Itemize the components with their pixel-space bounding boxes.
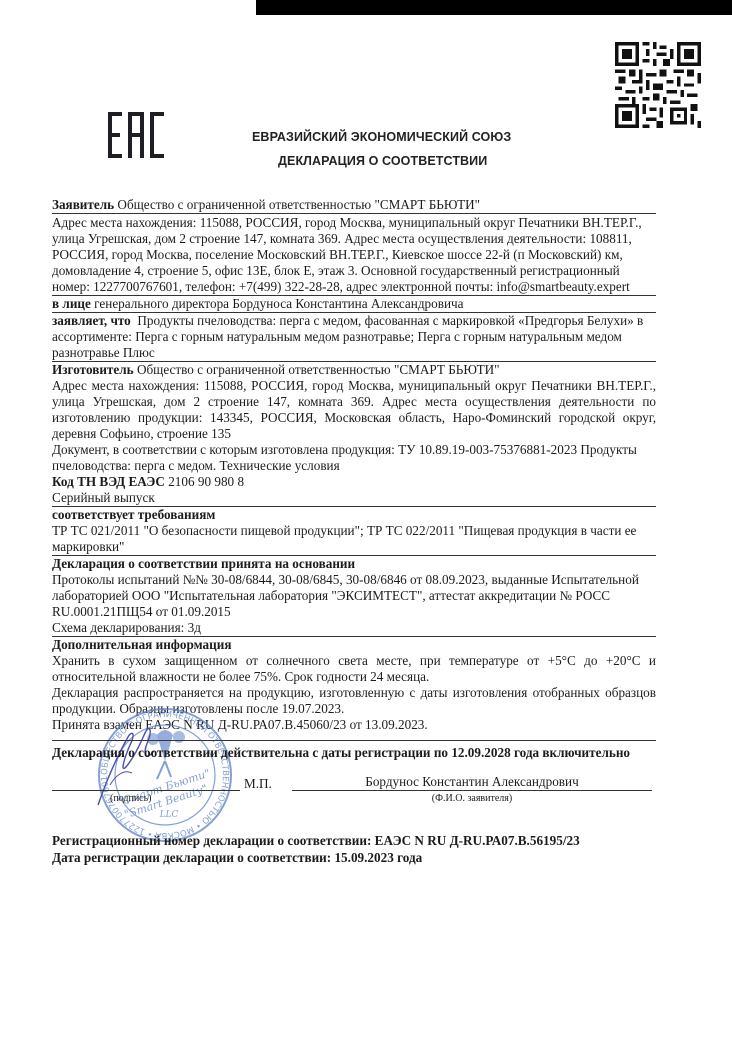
declaration-scope: Декларация распространяется на продукцию… — [52, 685, 656, 717]
registration-date: Дата регистрации декларации о соответств… — [52, 849, 580, 866]
declaration-body: Заявитель Общество с ограниченной ответс… — [52, 197, 656, 733]
applicant-label: Заявитель — [52, 197, 114, 212]
signature-block: Декларация о соответствии действительна … — [52, 740, 656, 761]
stamp-place-mark: М.П. — [244, 776, 272, 792]
manufacturer-address: Адрес места нахождения: 115088, РОССИЯ, … — [52, 378, 656, 442]
requirements-label-text: соответствует требованиям — [52, 507, 215, 522]
signature-caption: (подпись) — [110, 793, 152, 804]
product-description: Продукты пчеловодства: перга с медом, фа… — [52, 313, 643, 360]
document-title: ДЕКЛАРАЦИЯ О СООТВЕТСТВИИ — [278, 154, 487, 168]
svg-text:LLC: LLC — [159, 810, 179, 820]
basis-label: Декларация о соответствии принята на осн… — [52, 556, 656, 572]
registration-number: Регистрационный номер декларации о соотв… — [52, 832, 580, 849]
eac-logo-icon — [108, 112, 164, 158]
additional-info-label: Дополнительная информация — [52, 637, 656, 653]
requirements-value: ТР ТС 021/2011 "О безопасности пищевой п… — [52, 523, 656, 556]
represented-by-value: генерального директора Бордуноса Констан… — [94, 296, 463, 311]
storage-conditions: Хранить в сухом защищенном от солнечного… — [52, 653, 656, 685]
manufacturer-name: Общество с ограниченной ответственностью… — [137, 362, 500, 377]
top-black-bar — [256, 0, 732, 15]
declares-row: заявляет, что Продукты пчеловодства: пер… — [52, 313, 656, 362]
applicant-name: Общество с ограниченной ответственностью… — [117, 197, 480, 212]
validity-statement: Декларация о соответствии действительна … — [52, 740, 656, 761]
tn-ved-label: Код ТН ВЭД ЕАЭС — [52, 474, 165, 489]
signer-name-line — [292, 790, 652, 791]
requirements-label: соответствует требованиям — [52, 507, 656, 523]
declares-label: заявляет, что — [52, 313, 131, 328]
replaces-declaration: Принята взамен ЕАЭС N RU Д-RU.РА07.В.450… — [52, 717, 656, 733]
tn-ved-row: Код ТН ВЭД ЕАЭС 2106 90 980 8 — [52, 474, 656, 490]
declaration-scheme: Схема декларирования: 3д — [52, 620, 656, 637]
basis-value: Протоколы испытаний №№ 30-08/6844, 30-08… — [52, 572, 656, 620]
qr-code-icon — [615, 42, 701, 128]
signature-line — [52, 790, 240, 791]
signer-caption: (Ф.И.О. заявителя) — [292, 793, 652, 804]
applicant-address: Адрес места нахождения: 115088, РОССИЯ, … — [52, 214, 656, 296]
manufacturing-document: Документ, в соответствии с которым изгот… — [52, 442, 656, 474]
registration-info: Регистрационный номер декларации о соотв… — [52, 832, 580, 866]
additional-info-label-text: Дополнительная информация — [52, 637, 231, 652]
represented-by-row: в лице генерального директора Бордуноса … — [52, 296, 656, 313]
release-type: Серийный выпуск — [52, 490, 656, 507]
applicant-row: Заявитель Общество с ограниченной ответс… — [52, 197, 656, 214]
represented-by-label: в лице — [52, 296, 91, 311]
tn-ved-code: 2106 90 980 8 — [168, 474, 244, 489]
union-title: ЕВРАЗИЙСКИЙ ЭКОНОМИЧЕСКИЙ СОЮЗ — [252, 130, 511, 144]
basis-label-text: Декларация о соответствии принята на осн… — [52, 556, 355, 571]
manufacturer-label: Изготовитель — [52, 362, 134, 377]
signer-name: Бордунос Константин Александрович — [292, 774, 652, 790]
manufacturer-row: Изготовитель Общество с ограниченной отв… — [52, 362, 656, 378]
